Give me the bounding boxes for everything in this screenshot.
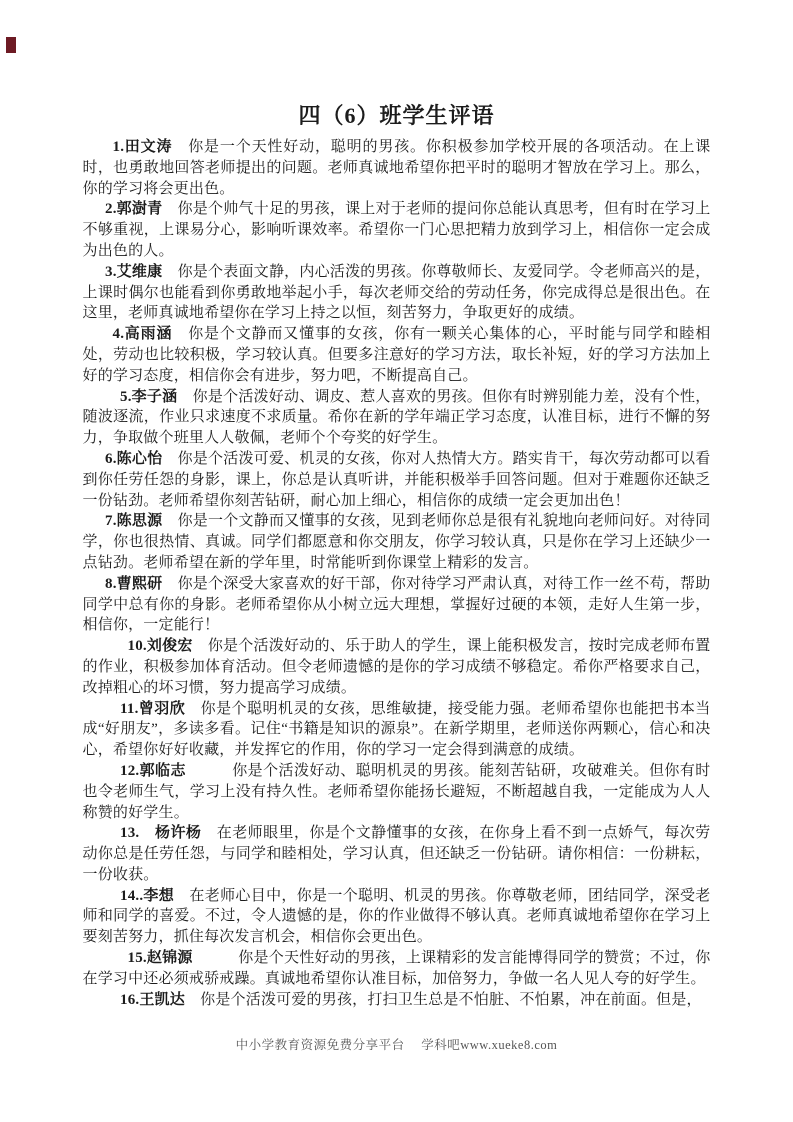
comment-text: 你是一个天性好动，聪明的男孩。你积极参加学校开展的各项活动。在上课时，也勇敢地回…: [83, 139, 711, 197]
student-name: 6.陈心怡: [105, 451, 162, 467]
comment-text: 你是个活泼可爱、机灵的女孩，你对人热情大方。踏实肯干，每次劳动都可以看到你任劳任…: [83, 451, 711, 509]
comment-entry-4: 4.高雨涵 你是个文静而又懂事的女孩，你有一颗关心集体的心，平时能与同学和睦相处…: [83, 324, 711, 386]
comment-text: 你是个表面文静，内心活泼的男孩。你尊敬师长、友爱同学。令老师高兴的是，上课时偶尔…: [83, 264, 711, 322]
student-name: 16.王凯达: [120, 992, 185, 1008]
comment-entry-5: 5.李子涵 你是个活泼好动、调皮、惹人喜欢的男孩。但你有时辨别能力差，没有个性，…: [83, 387, 711, 449]
student-name: 5.李子涵: [120, 389, 177, 405]
comment-text: 你是个文静而又懂事的女孩，你有一颗关心集体的心，平时能与同学和睦相处，劳动也比较…: [83, 326, 711, 384]
student-name: 12.郭临志: [120, 763, 186, 779]
corner-mark: [6, 37, 16, 53]
comment-text: 在老师心目中，你是一个聪明、机灵的男孩。你尊敬老师，团结同学，深受老师和同学的喜…: [83, 888, 711, 946]
comment-entry-15: 15.赵锦源 你是个天性好动的男孩，上课精彩的发言能博得同学的赞赏；不过，你在学…: [83, 948, 711, 990]
comment-entry-7: 7.陈思源 你是一个文静而又懂事的女孩，见到老师你总是很有礼貌地向老师问好。对待…: [83, 511, 711, 573]
comment-entry-6: 6.陈心怡 你是个活泼可爱、机灵的女孩，你对人热情大方。踏实肯干，每次劳动都可以…: [83, 449, 711, 511]
comment-text: 你是个帅气十足的男孩，课上对于老师的提问你总能认真思考，但有时在学习上不够重视，…: [83, 201, 711, 259]
comment-entry-8: 8.曹熙研 你是个深受大家喜欢的好干部，你对待学习严肃认真，对待工作一丝不苟，帮…: [83, 574, 711, 636]
student-name: 11.曾羽欣: [120, 701, 185, 717]
comment-entry-10: 10.刘俊宏 你是个活泼好动的、乐于助人的学生，课上能积极发言，按时完成老师布置…: [83, 636, 711, 698]
comment-entry-13: 13. 杨许杨 在老师眼里，你是个文静懂事的女孩，在你身上看不到一点娇气，每次劳…: [83, 823, 711, 885]
student-name: 4.高雨涵: [113, 326, 173, 342]
student-name: 2.郭澍青: [105, 201, 162, 217]
student-name: 15.赵锦源: [128, 950, 193, 966]
footer-text: 中小学教育资源免费分享平台 学科吧www.xueke8.com: [0, 1035, 793, 1053]
page-title: 四（6）班学生评语: [0, 0, 793, 131]
comment-entry-2: 2.郭澍青 你是个帅气十足的男孩，课上对于老师的提问你总能认真思考，但有时在学习…: [83, 199, 711, 261]
student-name: 13. 杨许杨: [120, 825, 201, 841]
student-name: 1.田文涛: [113, 139, 173, 155]
student-name: 7.陈思源: [105, 513, 162, 529]
comment-entry-1: 1.田文涛 你是一个天性好动，聪明的男孩。你积极参加学校开展的各项活动。在上课时…: [83, 137, 711, 199]
comment-entry-16: 16.王凯达 你是个活泼可爱的男孩，打扫卫生总是不怕脏、不怕累，冲在前面。但是，: [83, 990, 711, 1011]
student-name: 3.艾维康: [105, 264, 162, 280]
comment-text: 你是个活泼好动、调皮、惹人喜欢的男孩。但你有时辨别能力差，没有个性，随波逐流，作…: [83, 389, 711, 447]
comment-entry-11: 11.曾羽欣 你是个聪明机灵的女孩，思维敏捷，接受能力强。老师希望你也能把书本当…: [83, 699, 711, 761]
comment-entry-14: 14..李想 在老师心目中，你是一个聪明、机灵的男孩。你尊敬老师，团结同学，深受…: [83, 886, 711, 948]
comments-body: 1.田文涛 你是一个天性好动，聪明的男孩。你积极参加学校开展的各项活动。在上课时…: [83, 137, 711, 1010]
student-name: 8.曹熙研: [105, 576, 162, 592]
document-page: 四（6）班学生评语 1.田文涛 你是一个天性好动，聪明的男孩。你积极参加学校开展…: [0, 0, 793, 1122]
student-name: 10.刘俊宏: [128, 638, 193, 654]
comment-text: 你是个深受大家喜欢的好干部，你对待学习严肃认真，对待工作一丝不苟，帮助同学中总有…: [83, 576, 711, 634]
comment-entry-3: 3.艾维康 你是个表面文静，内心活泼的男孩。你尊敬师长、友爱同学。令老师高兴的是…: [83, 262, 711, 324]
comment-text: 你是一个文静而又懂事的女孩，见到老师你总是很有礼貌地向老师问好。对待同学，你也很…: [83, 513, 711, 571]
student-name: 14..李想: [120, 888, 174, 904]
comment-entry-12: 12.郭临志 你是个活泼好动、聪明机灵的男孩。能刻苦钻研，攻破难关。但你有时也令…: [83, 761, 711, 823]
comment-text: 你是个活泼可爱的男孩，打扫卫生总是不怕脏、不怕累，冲在前面。但是，: [185, 992, 702, 1008]
